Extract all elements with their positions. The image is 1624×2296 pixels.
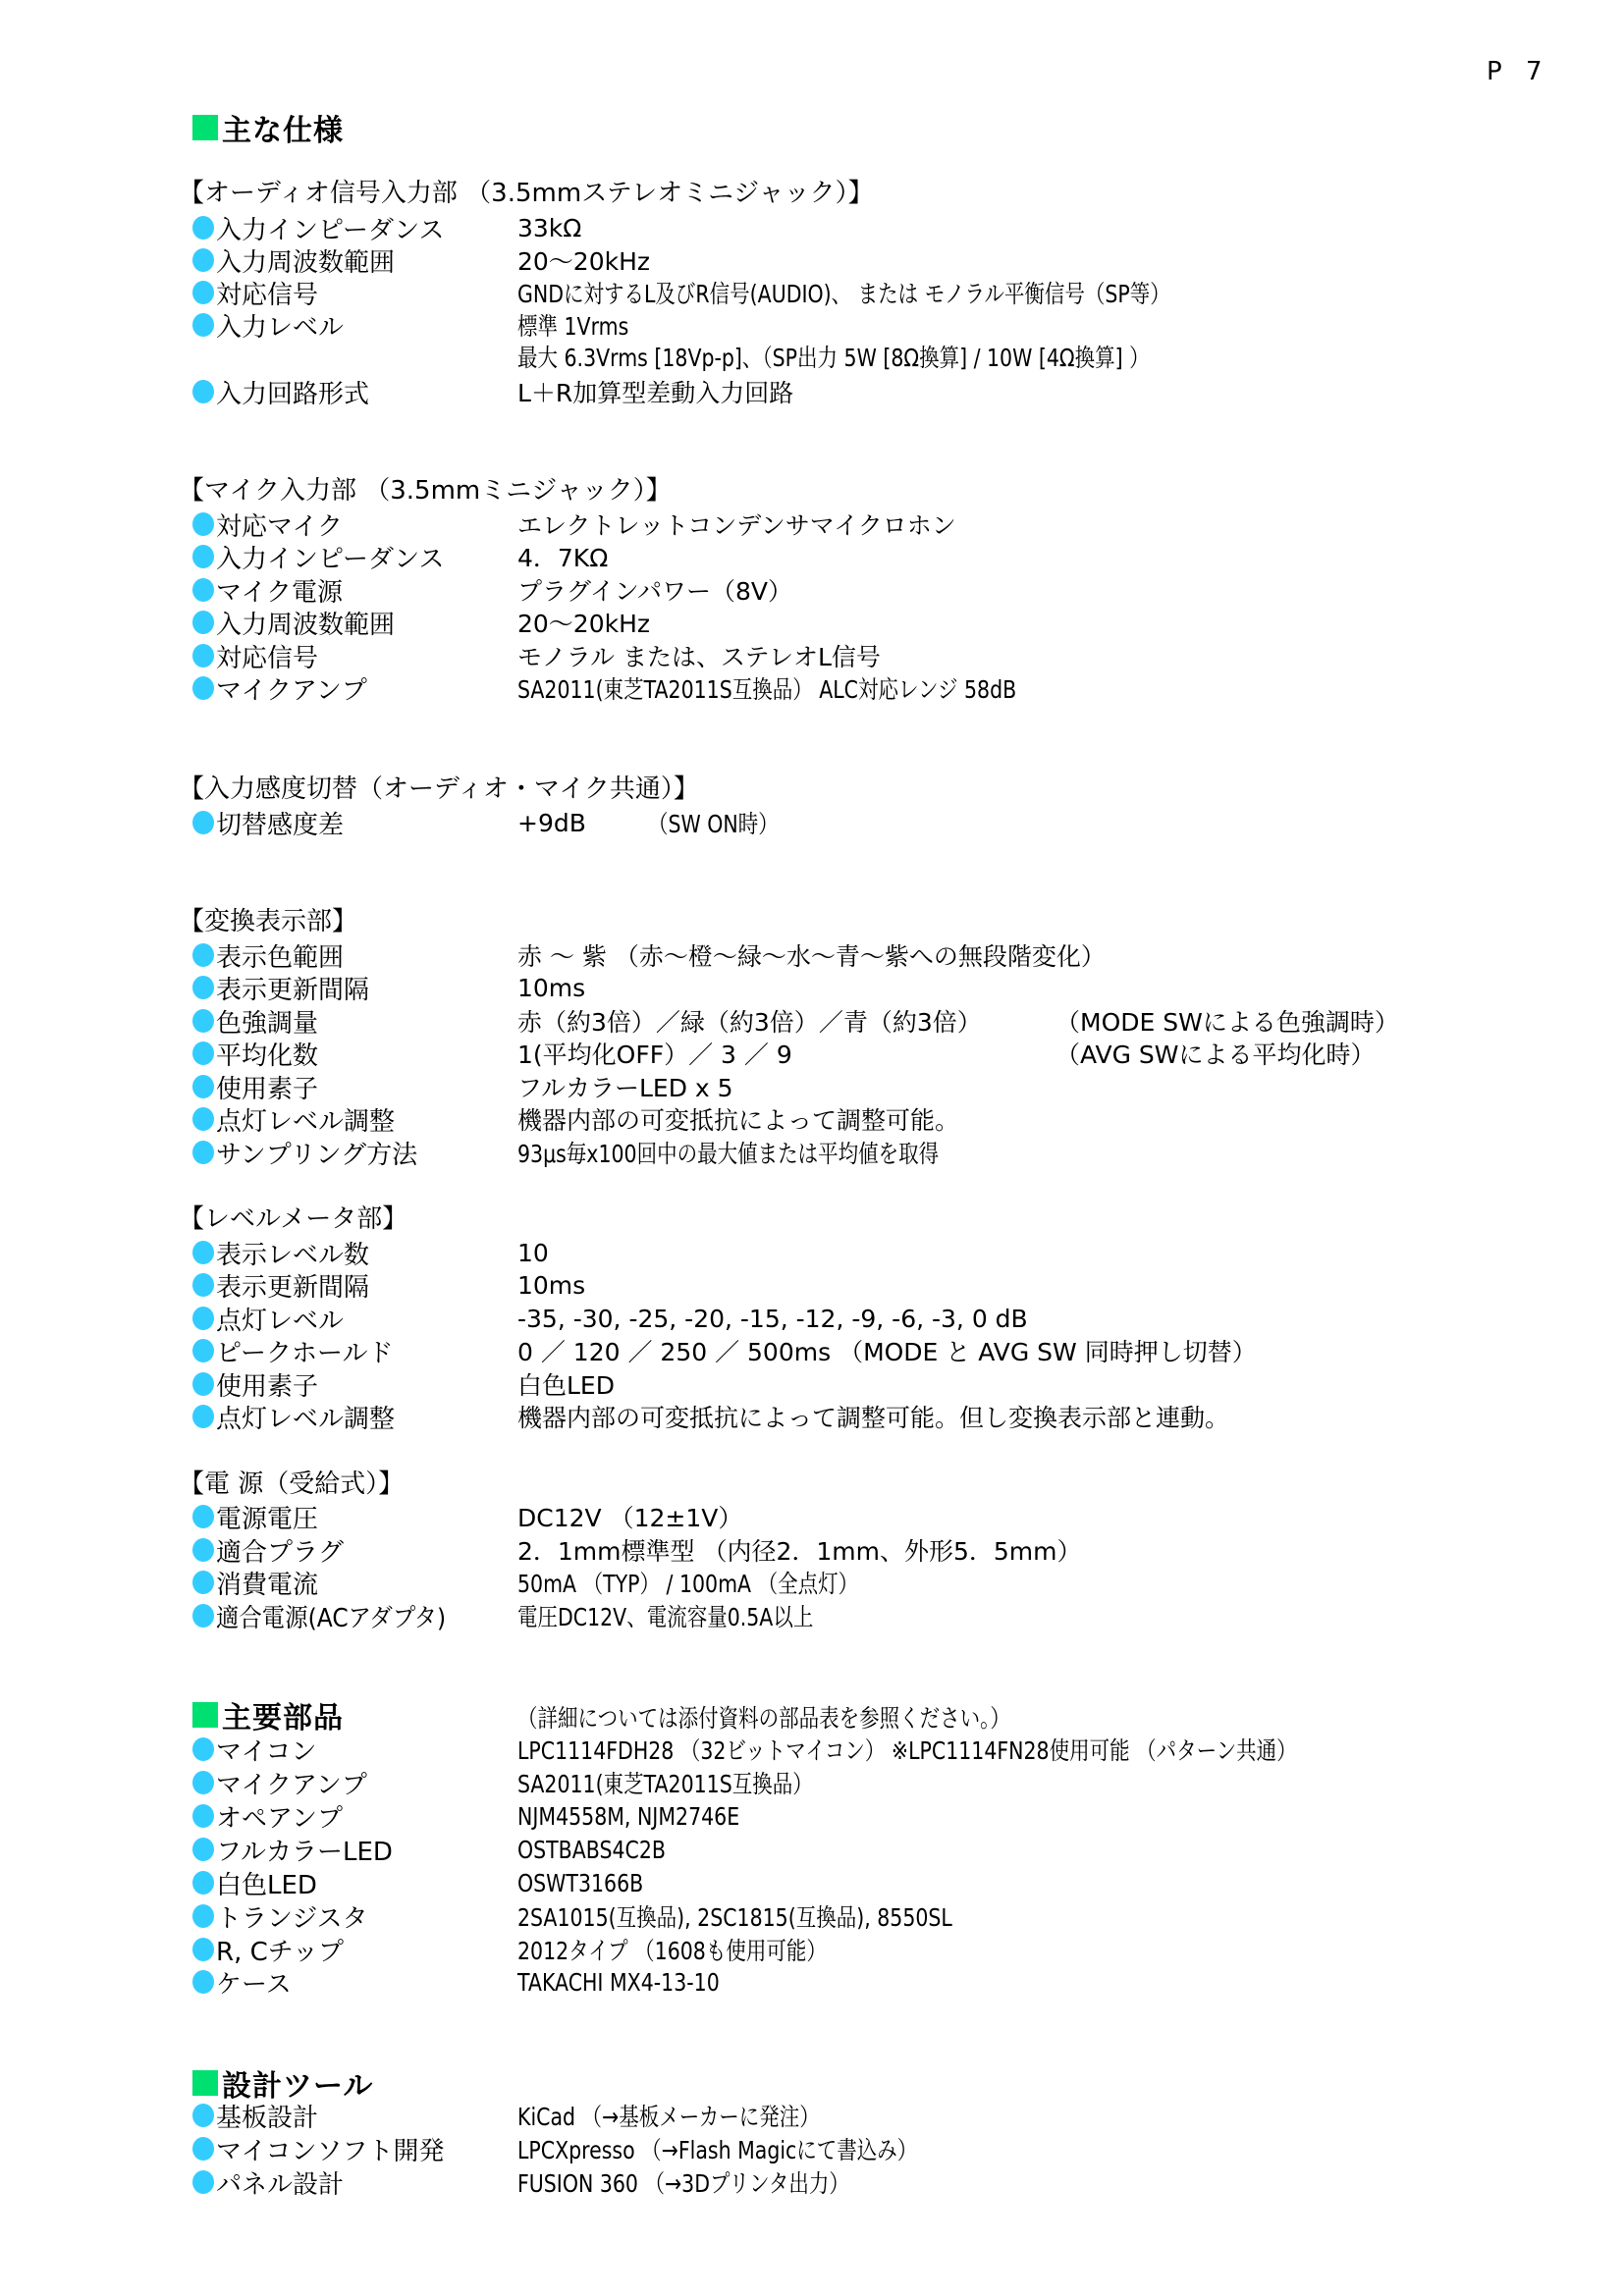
spec-value: モノラル または、ステレオL信号 — [517, 638, 881, 673]
bullet-icon — [192, 1838, 214, 1861]
spec-value: GNDに対するL及びR信号(AUDIO)、 または モノラル平衡信号（SP等） — [517, 275, 1170, 310]
parts-note: （詳細については添付資料の部品表を参照ください。） — [517, 1699, 1010, 1735]
part-row: ケースTAKACHI MX4-13-10 — [192, 1967, 1565, 1997]
bullet-icon — [192, 1241, 214, 1264]
spec-row: 対応信号モノラル または、ステレオL信号 — [192, 641, 1565, 670]
spec-row: 表示更新間隔10ms — [192, 973, 1565, 1002]
spec-label: 対応信号 — [216, 275, 517, 311]
spec-label: 点灯レベル調整 — [216, 1101, 517, 1138]
spec-value-continuation: 最大 6.3Vrms [18Vp-p]、（SP出力 5W [8Ω換算] / 10… — [517, 344, 1150, 373]
tool-label: 基板設計 — [216, 2098, 517, 2134]
bullet-icon — [192, 1938, 214, 1961]
bullet-icon — [192, 644, 214, 667]
part-value: OSWT3166B — [517, 1869, 643, 1897]
bullet-icon — [192, 2104, 214, 2127]
spec-row: 入力周波数範囲20～20kHz — [192, 245, 1565, 275]
spec-row: 点灯レベル調整機器内部の可変抵抗によって調整可能。但し変換表示部と連動。 — [192, 1402, 1565, 1431]
spec-row: 適合プラグ2．1mm標準型 （内径2．1mm、外形5．5mm） — [192, 1535, 1565, 1565]
bullet-icon — [192, 1771, 214, 1794]
spec-value: 電圧DC12V、電流容量0.5A以上 — [517, 1598, 813, 1633]
bullet-icon — [192, 1009, 214, 1033]
spec-label: 色強調量 — [216, 1003, 517, 1040]
spec-label: マイク電源 — [216, 572, 517, 609]
bullet-icon — [192, 976, 214, 999]
spec-value: 20～20kHz — [517, 242, 650, 278]
spec-label: マイクアンプ — [216, 670, 517, 707]
bullet-icon — [192, 512, 214, 536]
tool-value: FUSION 360 （→3Dプリンタ出力） — [517, 2164, 849, 2200]
spec-value: 赤（約3倍）／緑（約3倍）／青（約3倍） — [517, 1003, 982, 1039]
spec-value: 33kΩ — [517, 214, 581, 242]
spec-value: 10ms — [517, 1271, 585, 1300]
heading-text: 主な仕様 — [222, 106, 344, 149]
spec-label: 消費電流 — [216, 1565, 517, 1601]
page-number: P 7 — [1487, 57, 1550, 86]
bullet-icon — [192, 1604, 214, 1628]
spec-value: +9dB — [517, 809, 586, 837]
spec-note: （SW ON時） — [648, 805, 779, 840]
spec-label: 使用素子 — [216, 1366, 517, 1403]
spec-value: 1(平均化OFF）／ 3 ／ 9 — [517, 1036, 792, 1071]
spec-label: 点灯レベル — [216, 1301, 517, 1337]
bullet-icon — [192, 1405, 214, 1428]
spec-value: 93μs毎x100回中の最大値または平均値を取得 — [517, 1135, 939, 1170]
bullet-icon — [192, 1904, 214, 1928]
spec-row: 入力インピーダンス4．7KΩ — [192, 542, 1565, 571]
part-label: マイクアンプ — [216, 1765, 517, 1801]
tool-label: マイコンソフト開発 — [216, 2131, 517, 2167]
part-value: TAKACHI MX4-13-10 — [517, 1968, 720, 1997]
part-value: 2SA1015(互換品), 2SC1815(互換品), 8550SL — [517, 1898, 952, 1934]
spec-value: 2．1mm標準型 （内径2．1mm、外形5．5mm） — [517, 1532, 1082, 1568]
part-label: 白色LED — [216, 1865, 517, 1901]
part-row: マイコンLPC1114FDH28 （32ビットマイコン） ※LPC1114FN2… — [192, 1735, 1565, 1764]
spec-row: 入力レベル標準 1Vrms — [192, 310, 1565, 340]
spec-value: 赤 ～ 紫 （赤～橙～緑～水～青～紫への無段階変化） — [517, 937, 1106, 973]
part-row: フルカラーLEDOSTBABS4C2B — [192, 1835, 1565, 1864]
spec-value: 白色LED — [517, 1366, 615, 1402]
section-title-audio-input: 【オーディオ信号入力部 （3.5mmステレオミニジャック）】 — [179, 179, 874, 208]
bullet-icon — [192, 216, 214, 240]
spec-value: 機器内部の可変抵抗によって調整可能。但し変換表示部と連動。 — [517, 1399, 1229, 1434]
spec-value: エレクトレットコンデンサマイクロホン — [517, 507, 956, 542]
bullet-icon — [192, 676, 214, 700]
bullet-icon — [192, 1141, 214, 1164]
spec-label: 表示更新間隔 — [216, 970, 517, 1006]
part-value: OSTBABS4C2B — [517, 1836, 666, 1864]
bullet-icon — [192, 248, 214, 272]
spec-row: 入力周波数範囲20～20kHz — [192, 608, 1565, 637]
tool-row: パネル設計FUSION 360 （→3Dプリンタ出力） — [192, 2167, 1565, 2197]
part-row: 白色LEDOSWT3166B — [192, 1868, 1565, 1897]
spec-row: 表示色範囲赤 ～ 紫 （赤～橙～緑～水～青～紫への無段階変化） — [192, 940, 1565, 970]
section-title-mic-input: 【マイク入力部 （3.5mmミニジャック）】 — [179, 476, 672, 506]
section-title-level-meter: 【レベルメータ部】 — [179, 1204, 407, 1234]
spec-label: 入力インピーダンス — [216, 210, 517, 246]
bullet-icon — [192, 1273, 214, 1297]
bullet-icon — [192, 1505, 214, 1528]
bullet-icon — [192, 1737, 214, 1761]
spec-value: L＋R加算型差動入力回路 — [517, 374, 793, 409]
spec-label: 切替感度差 — [216, 805, 517, 841]
spec-row: 入力インピーダンス33kΩ — [192, 213, 1565, 242]
bullet-icon — [192, 1075, 214, 1098]
spec-row: 適合電源(ACアダプタ)電圧DC12V、電流容量0.5A以上 — [192, 1601, 1565, 1630]
bullet-icon — [192, 1339, 214, 1362]
spec-label: 対応信号 — [216, 638, 517, 674]
spec-row: 点灯レベル-35, -30, -25, -20, -15, -12, -9, -… — [192, 1304, 1565, 1333]
spec-value: 50mA （TYP） / 100mA （全点灯） — [517, 1565, 858, 1600]
green-square-icon — [192, 1702, 218, 1728]
spec-label: 入力周波数範囲 — [216, 242, 517, 279]
spec-row: 使用素子フルカラーLED x 5 — [192, 1072, 1565, 1101]
bullet-icon — [192, 1307, 214, 1330]
spec-row: 消費電流50mA （TYP） / 100mA （全点灯） — [192, 1568, 1565, 1597]
spec-label: 入力レベル — [216, 307, 517, 344]
spec-label: 平均化数 — [216, 1036, 517, 1072]
spec-row: 対応信号GNDに対するL及びR信号(AUDIO)、 または モノラル平衡信号（S… — [192, 278, 1565, 307]
bullet-icon — [192, 380, 214, 403]
spec-row: 平均化数1(平均化OFF）／ 3 ／ 9（AVG SWによる平均化時） — [192, 1039, 1565, 1068]
spec-label: 表示更新間隔 — [216, 1267, 517, 1304]
spec-value: 0 ／ 120 ／ 250 ／ 500ms （MODE と AVG SW 同時押… — [517, 1333, 1257, 1368]
bullet-icon — [192, 811, 214, 834]
bullet-icon — [192, 1041, 214, 1065]
bullet-icon — [192, 1871, 214, 1895]
part-value: 2012タイプ （1608も使用可能） — [517, 1932, 827, 1967]
part-row: マイクアンプSA2011(東芝TA2011S互換品） — [192, 1768, 1565, 1797]
part-row: オペアンプNJM4558M, NJM2746E — [192, 1801, 1565, 1831]
spec-value: 10 — [517, 1239, 549, 1267]
bullet-icon — [192, 281, 214, 304]
spec-label: 適合プラグ — [216, 1532, 517, 1569]
spec-label: 入力インピーダンス — [216, 539, 517, 575]
green-square-icon — [192, 2070, 218, 2096]
tool-row: マイコンソフト開発LPCXpresso （→Flash Magicにて書込み） — [192, 2134, 1565, 2163]
spec-note: （AVG SWによる平均化時） — [1056, 1036, 1376, 1071]
spec-row: 点灯レベル調整機器内部の可変抵抗によって調整可能。 — [192, 1104, 1565, 1134]
bullet-icon — [192, 943, 214, 967]
bullet-icon — [192, 578, 214, 602]
spec-value: 機器内部の可変抵抗によって調整可能。 — [517, 1101, 959, 1137]
section-title-sensitivity: 【入力感度切替（オーディオ・マイク共通）】 — [179, 774, 699, 804]
spec-value: フルカラーLED x 5 — [517, 1069, 733, 1104]
bullet-icon — [192, 545, 214, 568]
spec-row: 使用素子白色LED — [192, 1369, 1565, 1399]
spec-row: 電源電圧DC12V （12±1V） — [192, 1502, 1565, 1531]
bullet-icon — [192, 2137, 214, 2161]
spec-note: （MODE SWによる色強調時） — [1056, 1003, 1399, 1039]
spec-value: 4．7KΩ — [517, 539, 608, 574]
section-title-conversion-display: 【変換表示部】 — [179, 907, 357, 936]
heading-main-spec: 主な仕様 — [192, 110, 344, 145]
spec-value: SA2011(東芝TA2011S互換品） ALC対応レンジ 58dB — [517, 670, 1016, 706]
tool-value: KiCad （→基板メーカーに発注） — [517, 2098, 820, 2133]
part-label: トランジスタ — [216, 1898, 517, 1935]
part-value: SA2011(東芝TA2011S互換品） — [517, 1765, 813, 1800]
green-square-icon — [192, 115, 218, 140]
bullet-icon — [192, 1970, 214, 1994]
spec-row: 対応マイクエレクトレットコンデンサマイクロホン — [192, 509, 1565, 539]
bullet-icon — [192, 2170, 214, 2194]
part-value: NJM4558M, NJM2746E — [517, 1802, 739, 1831]
spec-value: プラグインパワー（8V） — [517, 572, 792, 608]
bullet-icon — [192, 1107, 214, 1131]
spec-value: DC12V （12±1V） — [517, 1499, 742, 1534]
spec-row: 色強調量赤（約3倍）／緑（約3倍）／青（約3倍）（MODE SWによる色強調時） — [192, 1006, 1565, 1036]
part-value: LPC1114FDH28 （32ビットマイコン） ※LPC1114FN28使用可… — [517, 1732, 1297, 1767]
spec-label: 表示色範囲 — [216, 937, 517, 974]
bullet-icon — [192, 611, 214, 634]
spec-row: ピークホールド0 ／ 120 ／ 250 ／ 500ms （MODE と AVG… — [192, 1336, 1565, 1365]
spec-row: マイクアンプSA2011(東芝TA2011S互換品） ALC対応レンジ 58dB — [192, 673, 1565, 703]
spec-value: -35, -30, -25, -20, -15, -12, -9, -6, -3… — [517, 1305, 1028, 1333]
tool-value: LPCXpresso （→Flash Magicにて書込み） — [517, 2131, 917, 2166]
part-label: R, Cチップ — [216, 1932, 517, 1968]
tool-label: パネル設計 — [216, 2164, 517, 2201]
heading-design-tools: 設計ツール — [192, 2065, 373, 2101]
heading-main-parts: 主要部品 — [192, 1697, 344, 1733]
bullet-icon — [192, 1571, 214, 1594]
spec-label: サンプリング方法 — [216, 1135, 517, 1171]
spec-row: マイク電源プラグインパワー（8V） — [192, 575, 1565, 605]
bullet-icon — [192, 313, 214, 337]
spec-label: 表示レベル数 — [216, 1235, 517, 1271]
spec-row: 入力回路形式L＋R加算型差動入力回路 — [192, 377, 1565, 406]
spec-value: 10ms — [517, 974, 585, 1002]
spec-label: 適合電源(ACアダプタ) — [216, 1598, 487, 1634]
tool-row: 基板設計KiCad （→基板メーカーに発注） — [192, 2101, 1565, 2130]
part-row: R, Cチップ2012タイプ （1608も使用可能） — [192, 1935, 1565, 1964]
spec-label: 入力回路形式 — [216, 374, 517, 410]
spec-label: 入力周波数範囲 — [216, 605, 517, 641]
spec-label: ピークホールド — [216, 1333, 517, 1369]
spec-label: 使用素子 — [216, 1069, 517, 1105]
part-label: オペアンプ — [216, 1798, 517, 1835]
part-label: マイコン — [216, 1732, 517, 1768]
section-title-power: 【電 源（受給式）】 — [179, 1469, 404, 1499]
bullet-icon — [192, 1538, 214, 1562]
spec-row: 切替感度差+9dB（SW ON時） — [192, 808, 1565, 837]
spec-value: 20～20kHz — [517, 605, 650, 640]
bullet-icon — [192, 1372, 214, 1396]
bullet-icon — [192, 1804, 214, 1828]
spec-row: 表示レベル数10 — [192, 1238, 1565, 1267]
spec-label: 電源電圧 — [216, 1499, 517, 1535]
spec-value: 標準 1Vrms — [517, 307, 628, 343]
spec-label: 点灯レベル調整 — [216, 1399, 517, 1435]
spec-row: 表示更新間隔10ms — [192, 1270, 1565, 1300]
heading-text: 主要部品 — [222, 1693, 344, 1736]
spec-label: 対応マイク — [216, 507, 517, 543]
part-label: ケース — [216, 1964, 517, 2001]
part-label: フルカラーLED — [216, 1832, 517, 1868]
spec-row: サンプリング方法93μs毎x100回中の最大値または平均値を取得 — [192, 1138, 1565, 1167]
part-row: トランジスタ2SA1015(互換品), 2SC1815(互換品), 8550SL — [192, 1901, 1565, 1931]
